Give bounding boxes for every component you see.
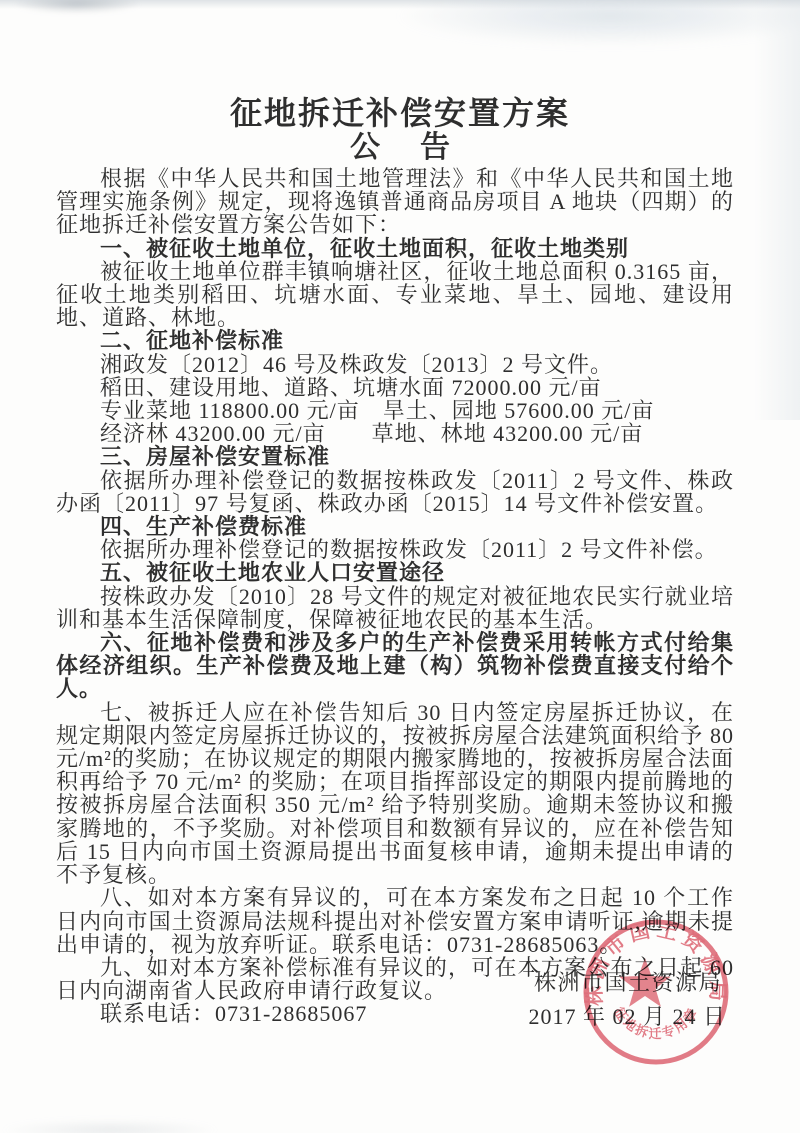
section-1-heading: 一、被征收土地单位，征收土地面积，征收土地类别 (56, 237, 734, 260)
scan-artifact-top-right (400, 0, 800, 46)
section-5-body: 按株政办发〔2010〕28 号文件的规定对被征地农民实行就业培训和基本生活保障制… (56, 585, 734, 631)
intro-paragraph: 根据《中华人民共和国土地管理法》和《中华人民共和国土地管理实施条例》规定，现将逸… (56, 167, 734, 237)
notice-document: 征地拆迁补偿安置方案 公 告 根据《中华人民共和国土地管理法》和《中华人民共和国… (0, 0, 800, 1133)
item-8-paragraph: 八、如对本方案有异议的，可在本方案发布之日起 10 个工作日内向市国土资源局法规… (56, 886, 734, 956)
section-2-standard-docs: 湘政发〔2012〕46 号及株政发〔2013〕2 号文件。 (56, 353, 734, 376)
issue-date: 2017 年 02 月 24 日 (528, 1000, 726, 1031)
issuer-name: 株洲市国土资源局 (534, 966, 722, 997)
notice-subtitle: 公 告 (0, 131, 800, 165)
section-2-rate-line-2: 专业菜地 118800.00 元/亩 旱土、园地 57600.00 元/亩 (56, 399, 734, 422)
section-1-body: 被征收土地单位群丰镇响塘社区，征收土地总面积 0.3165 亩，征收土地类别稻田… (56, 260, 734, 330)
item-6-paragraph: 六、征地补偿费和涉及多户的生产补偿费采用转帐方式付给集体经济组织。生产补偿费及地… (56, 631, 734, 701)
section-3-heading: 三、房屋补偿安置标准 (56, 445, 734, 468)
section-2-rate-line-3: 经济林 43200.00 元/亩 草地、林地 43200.00 元/亩 (56, 422, 734, 445)
notice-body: 根据《中华人民共和国土地管理法》和《中华人民共和国土地管理实施条例》规定，现将逸… (56, 167, 734, 1026)
scan-artifact-bottom-left (0, 1119, 220, 1133)
section-2-rate-line-1: 稻田、建设用地、道路、坑塘水面 72000.00 元/亩 (56, 376, 734, 399)
section-2-heading: 二、征地补偿标准 (56, 329, 734, 352)
section-4-body: 依据所办理补偿登记的数据按株政发〔2011〕2 号文件补偿。 (56, 538, 734, 561)
section-4-heading: 四、生产补偿费标准 (56, 515, 734, 538)
item-7-paragraph: 七、被拆迁人应在补偿告知后 30 日内签定房屋拆迁协议，在规定期限内签定房屋拆迁… (56, 701, 734, 887)
section-5-heading: 五、被征收土地农业人口安置途径 (56, 561, 734, 584)
scan-artifact-right-edge (754, 0, 800, 420)
scan-artifact-top-left (12, 0, 142, 14)
section-3-body: 依据所办理补偿登记的数据按株政发〔2011〕2 号文件、株政办函〔2011〕97… (56, 469, 734, 515)
